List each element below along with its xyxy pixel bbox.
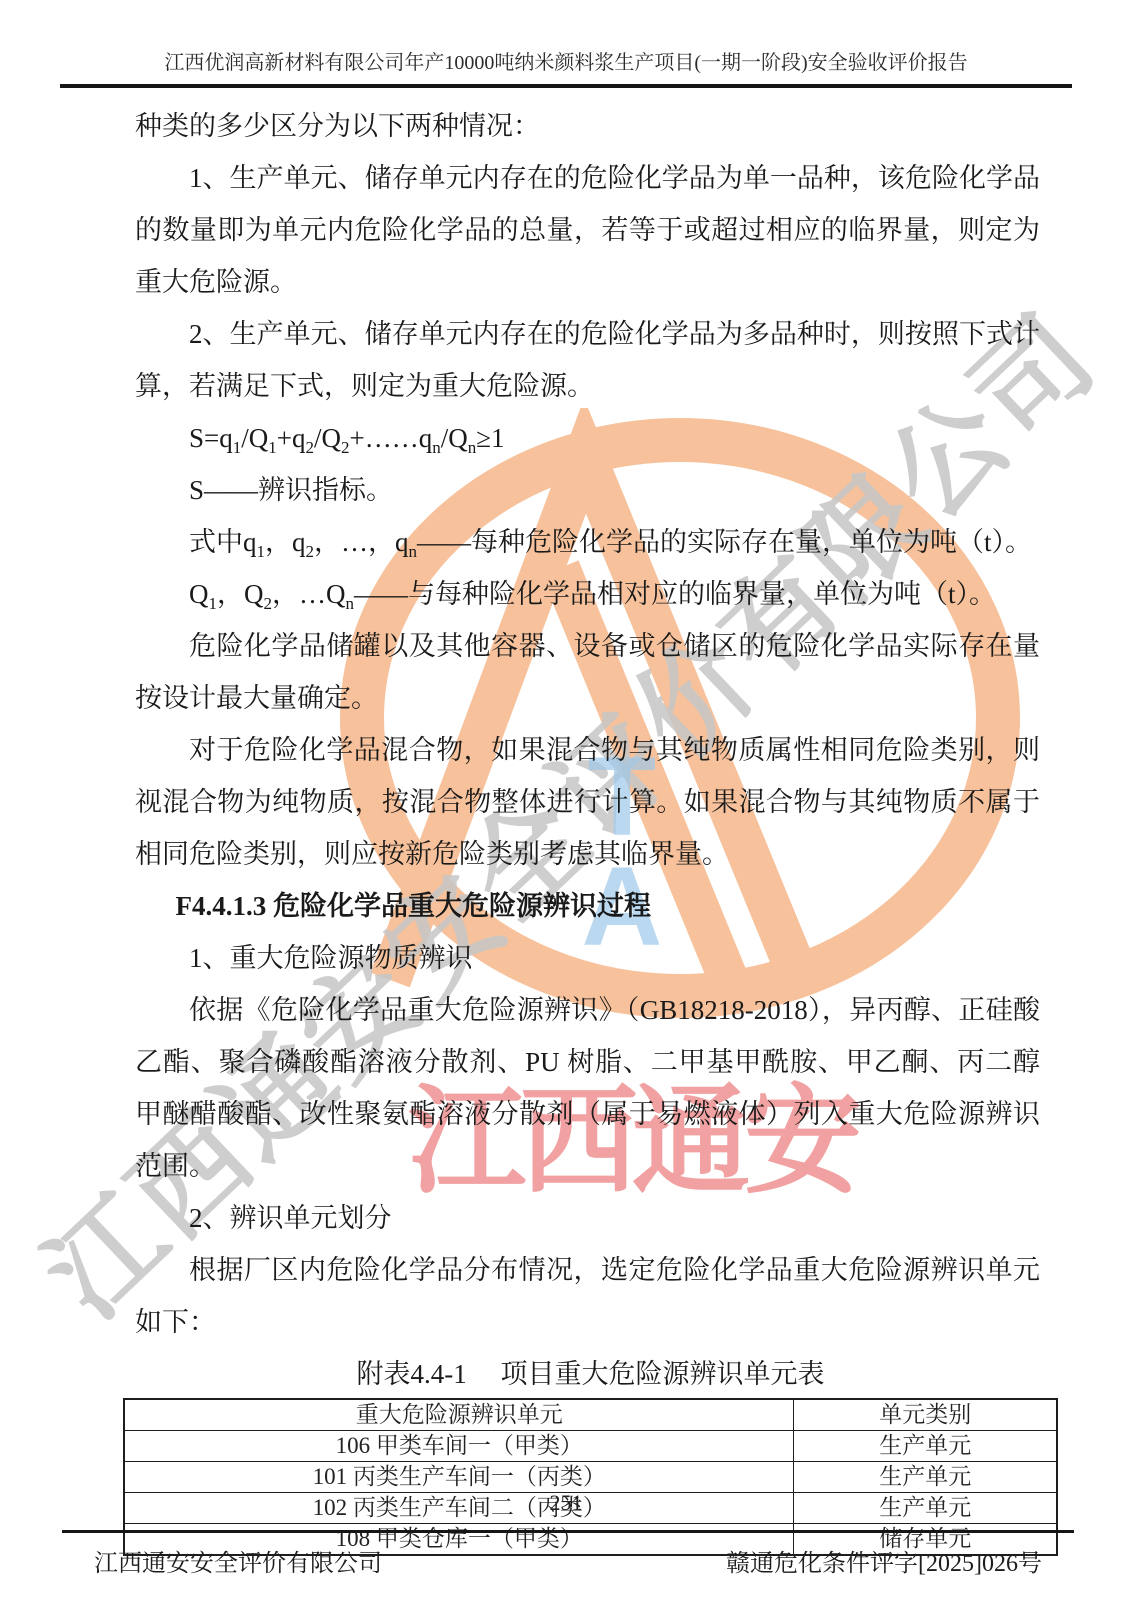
document-page: 江西通安安全评价有限公司 TA 江西通安 江西优润高新材料有限公司年产10000…	[0, 0, 1132, 1600]
page-content: 江西优润高新材料有限公司年产10000吨纳米颜料浆生产项目(一期一阶段)安全验收…	[0, 0, 1132, 1556]
footer-rule	[62, 1530, 1074, 1533]
paragraph-2: 2、生产单元、储存单元内存在的危险化学品为多品种时，则按照下式计算，若满足下式，…	[135, 308, 1040, 412]
table-header-cell: 单元类别	[794, 1399, 1057, 1431]
paragraph-intro: 种类的多少区分为以下两种情况：	[135, 100, 1040, 152]
table-cell: 生产单元	[794, 1431, 1057, 1462]
paragraph-4: 对于危险化学品混合物，如果混合物与其纯物质属性相同危险类别，则视混合物为纯物质，…	[135, 724, 1040, 880]
header-rule	[60, 84, 1072, 88]
section-heading: F4.4.1.3 危险化学品重大危险源辨识过程	[135, 880, 1040, 932]
s-definition-line: S——辨识指标。	[135, 464, 1040, 516]
paragraph-5: 1、重大危险源物质辨识	[135, 932, 1040, 984]
paragraph-6: 依据《危险化学品重大危险源辨识》（GB18218-2018），异丙醇、正硅酸乙酯…	[135, 984, 1040, 1192]
q-definition-line: 式中q1，q2，…，qn——每种危险化学品的实际存在量，单位为吨（t）。	[135, 516, 1040, 568]
formula-line: S=q1/Q1+q2/Q2+……qn/Qn≥1	[135, 412, 1040, 464]
footer-doc-number: 赣通危化条件评字[2025]026号	[726, 1543, 1042, 1578]
capital-q-definition-line: Q1，Q2，…Qn——与每种险化学品相对应的临界量，单位为吨（t）。	[135, 568, 1040, 620]
page-footer: 江西通安安全评价有限公司 赣通危化条件评字[2025]026号	[62, 1530, 1074, 1578]
table-cell: 106 甲类车间一（甲类）	[124, 1431, 794, 1462]
page-number: 251	[0, 1490, 1132, 1516]
table-row: 101 丙类生产车间一（丙类） 生产单元	[124, 1462, 1057, 1493]
footer-company: 江西通安安全评价有限公司	[94, 1543, 382, 1578]
table-caption: 附表4.4-1 项目重大危险源辨识单元表	[123, 1354, 1058, 1394]
paragraph-8: 根据厂区内危险化学品分布情况，选定危险化学品重大危险源辨识单元如下：	[135, 1244, 1040, 1348]
table-header-cell: 重大危险源辨识单元	[124, 1399, 794, 1431]
table-header-row: 重大危险源辨识单元 单元类别	[124, 1399, 1057, 1431]
paragraph-3: 危险化学品储罐以及其他容器、设备或仓储区的危险化学品实际存在量按设计最大量确定。	[135, 620, 1040, 724]
page-header-title: 江西优润高新材料有限公司年产10000吨纳米颜料浆生产项目(一期一阶段)安全验收…	[0, 0, 1132, 76]
table-row: 106 甲类车间一（甲类） 生产单元	[124, 1431, 1057, 1462]
table-cell: 101 丙类生产车间一（丙类）	[124, 1462, 794, 1493]
paragraph-1: 1、生产单元、储存单元内存在的危险化学品为单一品种，该危险化学品的数量即为单元内…	[135, 152, 1040, 308]
table-cell: 生产单元	[794, 1462, 1057, 1493]
body-text: 种类的多少区分为以下两种情况： 1、生产单元、储存单元内存在的危险化学品为单一品…	[135, 100, 1040, 1348]
paragraph-7: 2、辨识单元划分	[135, 1192, 1040, 1244]
